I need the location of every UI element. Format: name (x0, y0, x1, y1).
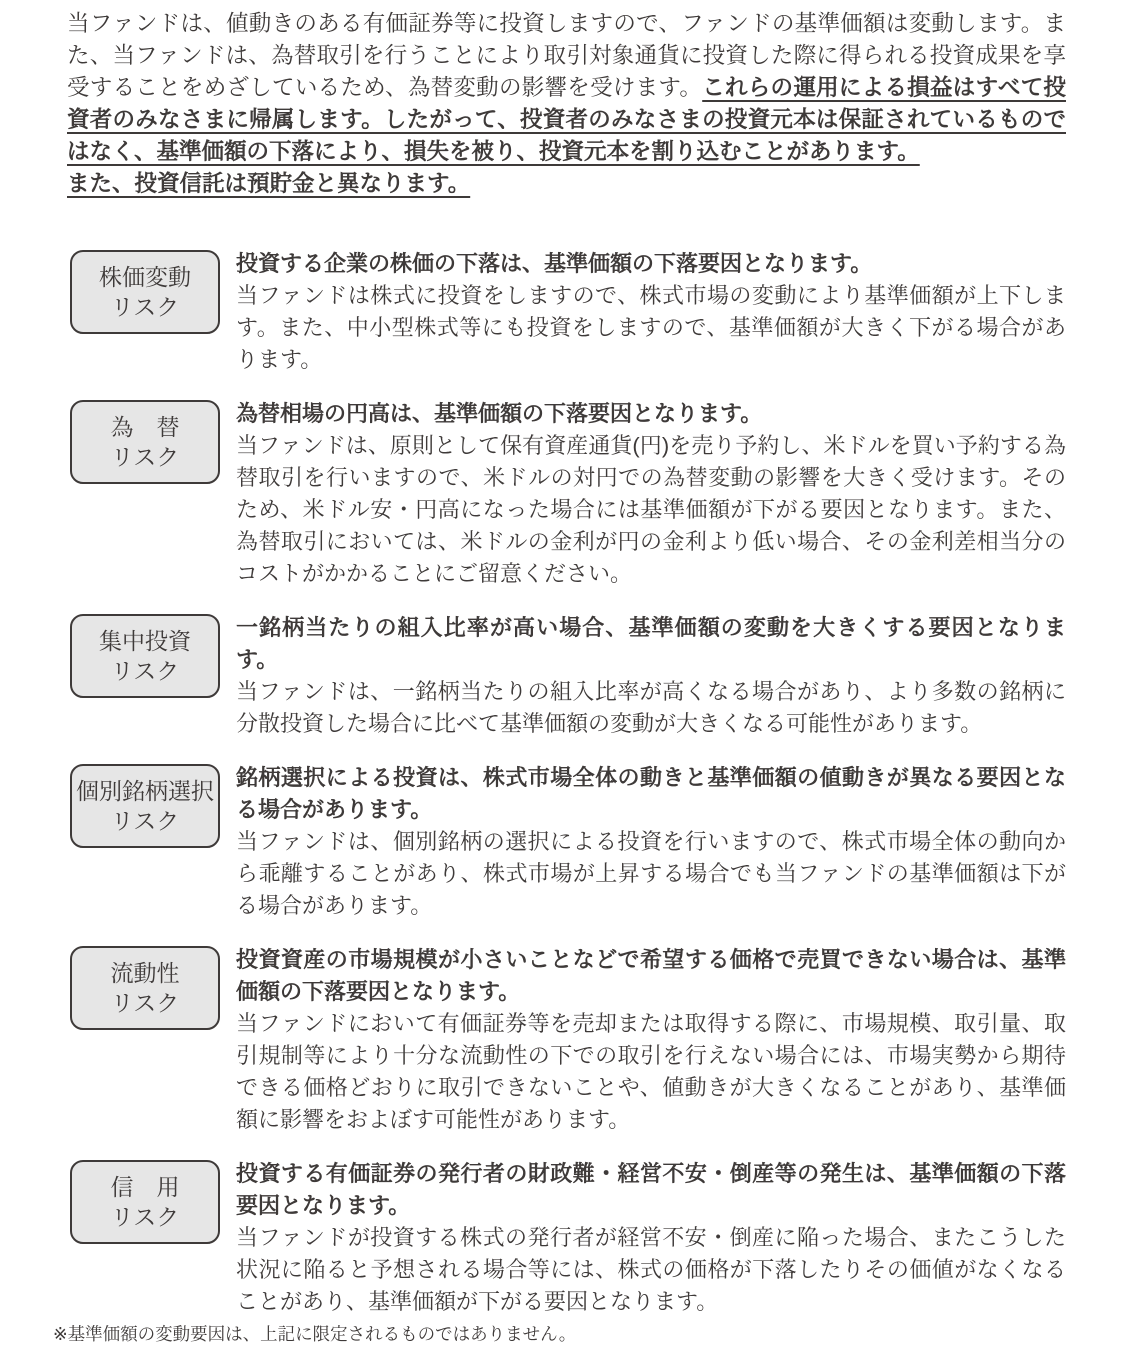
risk-label-box: 集中投資 リスク (70, 614, 220, 698)
risk-label-box: 流動性 リスク (70, 946, 220, 1030)
risk-text-column: 一銘柄当たりの組入比率が高い場合、基準価額の変動を大きくする要因となります。 当… (236, 612, 1066, 740)
risk-section-stock-price: 株価変動 リスク 投資する企業の株価の下落は、基準価額の下落要因となります。 当… (67, 248, 1066, 376)
risk-text-column: 投資する企業の株価の下落は、基準価額の下落要因となります。 当ファンドは株式に投… (236, 248, 1066, 376)
risk-label-line1: 信 用 (111, 1172, 180, 1202)
risk-label-line1: 集中投資 (99, 626, 191, 656)
risk-label-box: 個別銘柄選択 リスク (70, 764, 220, 848)
risk-label-box: 為 替 リスク (70, 400, 220, 484)
risk-label-line1: 為 替 (111, 412, 180, 442)
risk-body: 当ファンドは、原則として保有資産通貨(円)を売り予約し、米ドルを買い予約する為替… (236, 430, 1066, 590)
risk-disclosure-page: 当ファンドは、値動きのある有価証券等に投資しますので、ファンドの基準価額は変動し… (0, 0, 1130, 1356)
risk-headline: 投資資産の市場規模が小さいことなどで希望する価格で売買できない場合は、基準価額の… (236, 944, 1066, 1008)
risk-body: 当ファンドは株式に投資をしますので、株式市場の変動により基準価額が上下します。ま… (236, 280, 1066, 376)
risk-label-line2: リスク (111, 656, 180, 686)
intro-emphasis-line2: また、投資信託は預貯金と異なります。 (67, 168, 1066, 200)
risk-label-line2: リスク (111, 442, 180, 472)
intro-paragraph: 当ファンドは、値動きのある有価証券等に投資しますので、ファンドの基準価額は変動し… (67, 8, 1066, 168)
risk-text-column: 為替相場の円高は、基準価額の下落要因となります。 当ファンドは、原則として保有資… (236, 398, 1066, 590)
risk-label-line2: リスク (111, 1202, 180, 1232)
risk-label-line2: リスク (111, 988, 180, 1018)
risk-body: 当ファンドは、一銘柄当たりの組入比率が高くなる場合があり、より多数の銘柄に分散投… (236, 676, 1066, 740)
risk-text-column: 投資する有価証券の発行者の財政難・経営不安・倒産等の発生は、基準価額の下落要因と… (236, 1158, 1066, 1318)
risk-label-line1: 流動性 (111, 958, 180, 988)
risk-label-box: 株価変動 リスク (70, 250, 220, 334)
risk-section-stock-selection: 個別銘柄選択 リスク 銘柄選択による投資は、株式市場全体の動きと基準価額の値動き… (67, 762, 1066, 922)
risk-section-liquidity: 流動性 リスク 投資資産の市場規模が小さいことなどで希望する価格で売買できない場… (67, 944, 1066, 1136)
risk-body: 当ファンドは、個別銘柄の選択による投資を行いますので、株式市場全体の動向から乖離… (236, 826, 1066, 922)
risk-label-line1: 個別銘柄選択 (76, 776, 214, 806)
risk-section-currency: 為 替 リスク 為替相場の円高は、基準価額の下落要因となります。 当ファンドは、… (67, 398, 1066, 590)
risk-label-line2: リスク (111, 806, 180, 836)
risk-headline: 投資する有価証券の発行者の財政難・経営不安・倒産等の発生は、基準価額の下落要因と… (236, 1158, 1066, 1222)
risk-headline: 一銘柄当たりの組入比率が高い場合、基準価額の変動を大きくする要因となります。 (236, 612, 1066, 676)
risk-label-box: 信 用 リスク (70, 1160, 220, 1244)
risk-section-credit: 信 用 リスク 投資する有価証券の発行者の財政難・経営不安・倒産等の発生は、基準… (67, 1158, 1066, 1318)
risk-section-concentration: 集中投資 リスク 一銘柄当たりの組入比率が高い場合、基準価額の変動を大きくする要… (67, 612, 1066, 740)
risk-text-column: 投資資産の市場規模が小さいことなどで希望する価格で売買できない場合は、基準価額の… (236, 944, 1066, 1136)
footnote: ※基準価額の変動要因は、上記に限定されるものではありません。 (53, 1322, 1066, 1346)
risk-text-column: 銘柄選択による投資は、株式市場全体の動きと基準価額の値動きが異なる要因となる場合… (236, 762, 1066, 922)
risk-headline: 為替相場の円高は、基準価額の下落要因となります。 (236, 398, 1066, 430)
risk-label-line1: 株価変動 (99, 262, 191, 292)
risk-body: 当ファンドが投資する株式の発行者が経営不安・倒産に陥った場合、またこうした状況に… (236, 1222, 1066, 1318)
risk-headline: 投資する企業の株価の下落は、基準価額の下落要因となります。 (236, 248, 1066, 280)
risk-body: 当ファンドにおいて有価証券等を売却または取得する際に、市場規模、取引量、取引規制… (236, 1008, 1066, 1136)
risk-label-line2: リスク (111, 292, 180, 322)
risk-headline: 銘柄選択による投資は、株式市場全体の動きと基準価額の値動きが異なる要因となる場合… (236, 762, 1066, 826)
